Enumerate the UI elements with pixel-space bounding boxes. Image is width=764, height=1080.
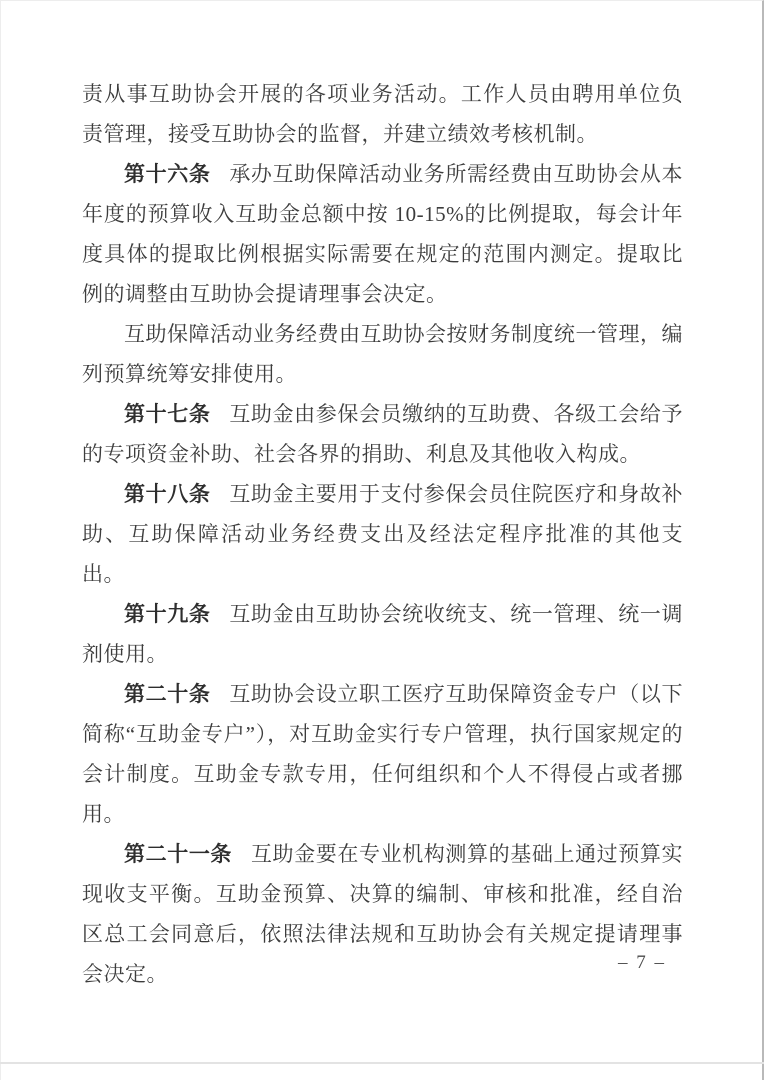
article-number: 第十八条 xyxy=(124,482,210,506)
article-number: 第二十条 xyxy=(124,682,210,706)
article-number: 第十六条 xyxy=(124,162,210,186)
article-number: 第二十一条 xyxy=(124,842,232,866)
article-paragraph: 第十九条互助金由互助协会统收统支、统一管理、统一调剂使用。 xyxy=(82,594,683,674)
paragraph-text: 互助保障活动业务经费由互助协会按财务制度统一管理，编列预算统筹安排使用。 xyxy=(82,322,683,386)
article-number: 第十九条 xyxy=(124,602,210,626)
article-number: 第十七条 xyxy=(124,402,210,426)
document-body: 责从事互助协会开展的各项业务活动。工作人员由聘用单位负责管理，接受互助协会的监督… xyxy=(0,0,764,994)
article-paragraph: 第二十一条互助金要在专业机构测算的基础上通过预算实现收支平衡。互助金预算、决算的… xyxy=(82,834,683,994)
article-paragraph: 第二十条互助协会设立职工医疗互助保障资金专户（以下简称“互助金专户”），对互助金… xyxy=(82,674,683,834)
article-paragraph: 第十八条互助金主要用于支付参保会员住院医疗和身故补助、互助保障活动业务经费支出及… xyxy=(82,474,683,594)
scan-bottom-edge xyxy=(0,1062,764,1064)
paragraph-text: 责从事互助协会开展的各项业务活动。工作人员由聘用单位负责管理，接受互助协会的监督… xyxy=(82,82,683,146)
article-paragraph: 第十六条承办互助保障活动业务所需经费由互助协会从本年度的预算收入互助金总额中按 … xyxy=(82,154,683,314)
page-number: – 7 – xyxy=(618,949,666,977)
paragraph: 互助保障活动业务经费由互助协会按财务制度统一管理，编列预算统筹安排使用。 xyxy=(82,314,683,394)
document-page: { "page": { "number_label": "– 7 –" }, "… xyxy=(0,0,764,1080)
paragraph: 责从事互助协会开展的各项业务活动。工作人员由聘用单位负责管理，接受互助协会的监督… xyxy=(82,74,683,154)
article-paragraph: 第十七条互助金由参保会员缴纳的互助费、各级工会给予的专项资金补助、社会各界的捐助… xyxy=(82,394,683,474)
